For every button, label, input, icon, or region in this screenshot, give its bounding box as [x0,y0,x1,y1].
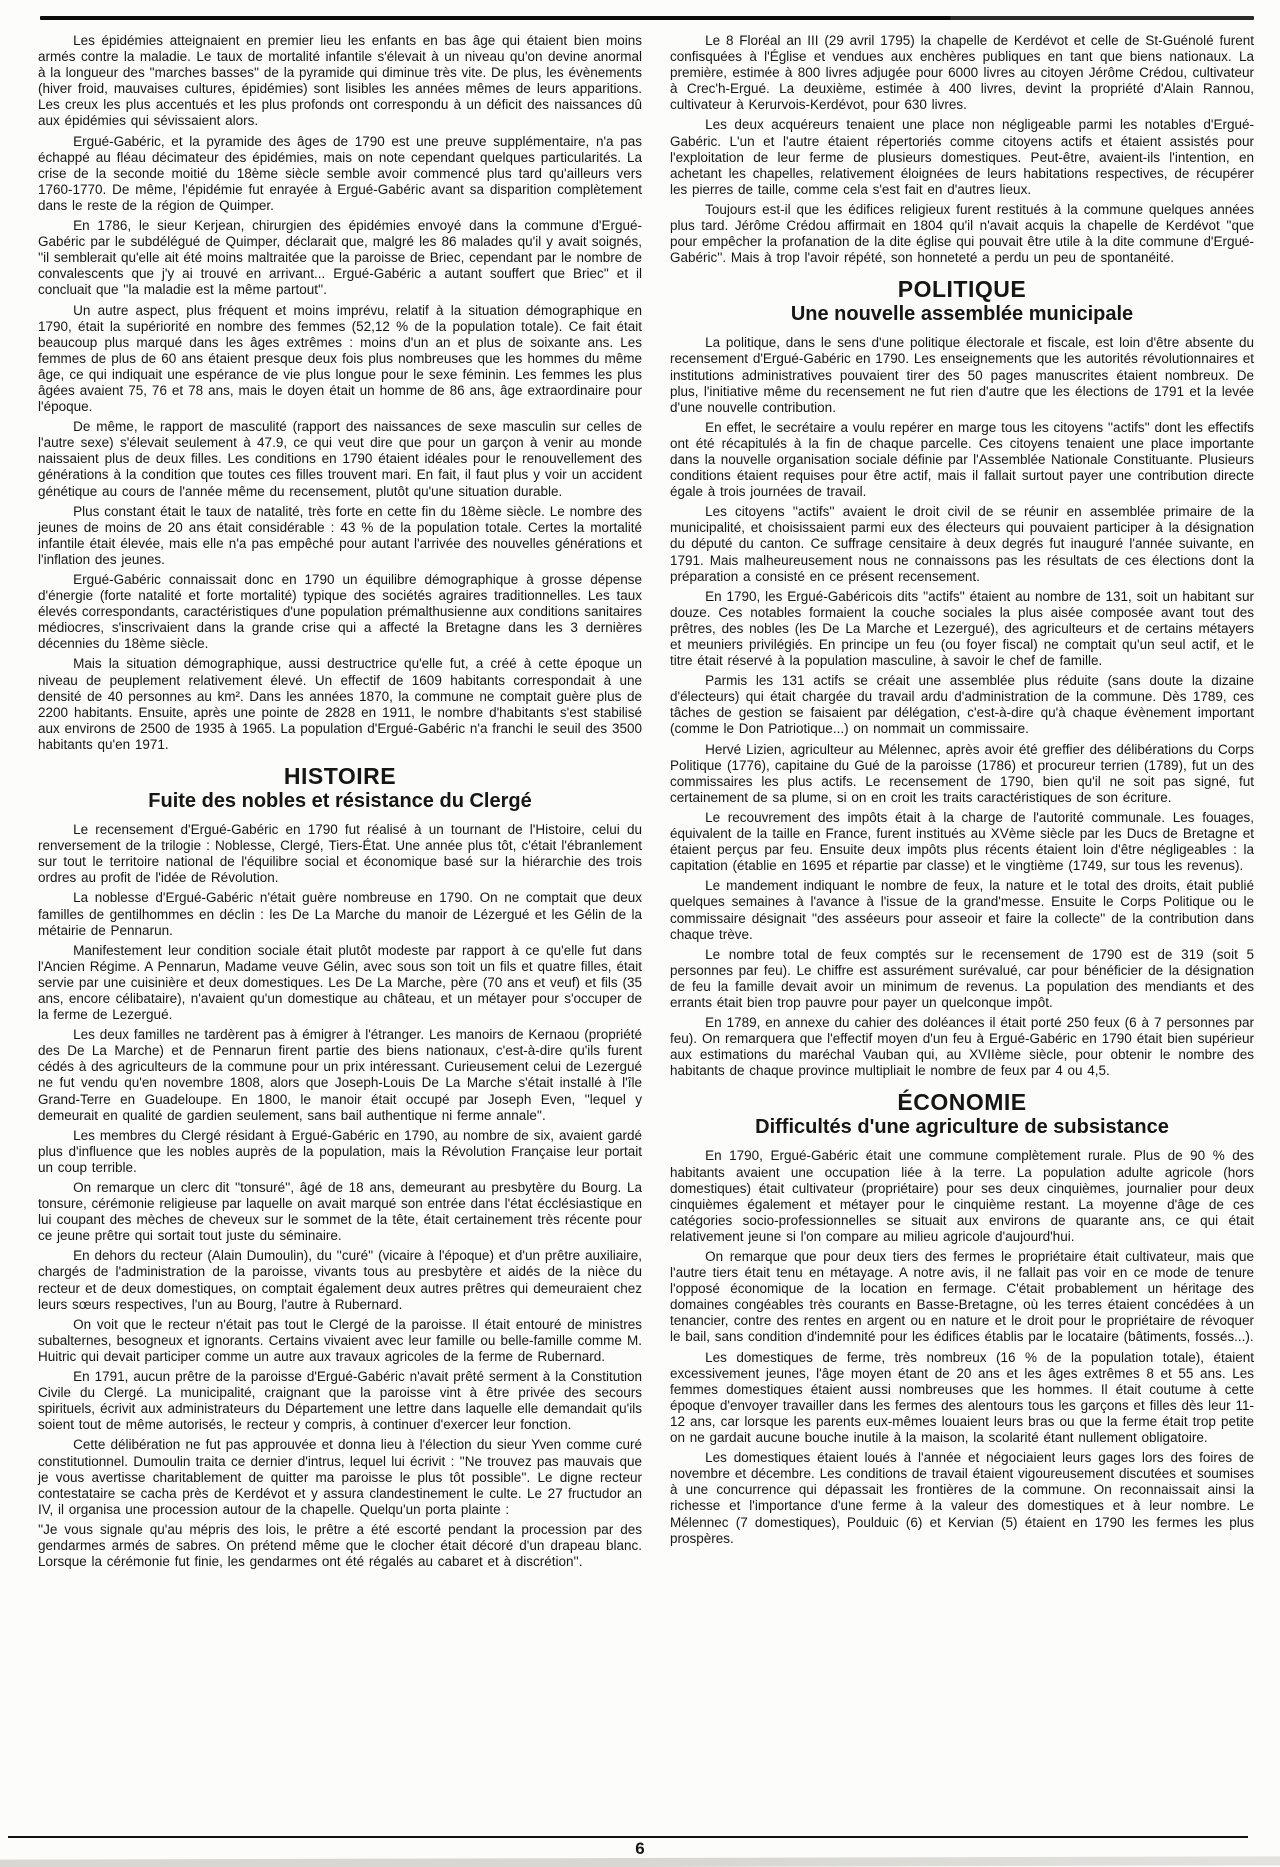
paragraph: En 1790, les Ergué-Gabéricois dits ''act… [670,585,1254,669]
paragraph: En 1786, le sieur Kerjean, chirurgien de… [38,214,642,298]
paragraph: En effet, le secrétaire a voulu repérer … [670,416,1254,500]
paragraph: On voit que le recteur n'était pas tout … [38,1313,642,1365]
paragraph: Les deux acquéreurs tenaient une place n… [670,113,1254,197]
paragraph: Les deux familles ne tardèrent pas à émi… [38,1023,642,1124]
paragraph: De même, le rapport de masculité (rappor… [38,415,642,499]
paragraph: Parmis les 131 actifs se créait une asse… [670,669,1254,737]
paragraph: Le recensement d'Ergué-Gabéric en 1790 f… [38,818,642,886]
section-heading-economie: ÉCONOMIE [670,1090,1254,1115]
paragraph: La politique, dans le sens d'une politiq… [670,331,1254,415]
section-heading-histoire: HISTOIRE [38,764,642,789]
paragraph: Mais la situation démographique, aussi d… [38,652,642,753]
quotation-paragraph: ''Je vous signale qu'au mépris des lois,… [38,1518,642,1570]
section-subheading-economie: Difficultés d'une agriculture de subsist… [670,1116,1254,1139]
paragraph: Les domestiques étaient loués à l'année … [670,1446,1254,1547]
paragraph: Le 8 Floréal an III (29 avril 1795) la c… [670,29,1254,113]
paragraph: Ergué-Gabéric, et la pyramide des âges d… [38,130,642,214]
top-border-rule [40,16,1254,20]
paragraph: Les domestiques de ferme, très nombreux … [670,1346,1254,1447]
document-page: Les épidémies atteignaient en premier li… [0,0,1280,1867]
paragraph: En 1791, aucun prêtre de la paroisse d'E… [38,1365,642,1433]
paragraph: Un autre aspect, plus fréquent et moins … [38,299,642,416]
paragraph: Les épidémies atteignaient en premier li… [38,29,642,130]
paragraph: Toujours est-il que les édifices religie… [670,198,1254,266]
bottom-border-rule [8,1836,1248,1838]
paragraph: Le nombre total de feux comptés sur le r… [670,943,1254,1011]
paragraph: En 1790, Ergué-Gabéric était une commune… [670,1144,1254,1245]
right-column: Le 8 Floréal an III (29 avril 1795) la c… [670,29,1254,1570]
paragraph: Les membres du Clergé résidant à Ergué-G… [38,1124,642,1176]
paragraph: Le recouvrement des impôts était à la ch… [670,806,1254,874]
paragraph: En dehors du recteur (Alain Dumoulin), d… [38,1244,642,1312]
paragraph: On remarque que pour deux tiers des ferm… [670,1245,1254,1346]
paragraph: Ergué-Gabéric connaissait donc en 1790 u… [38,568,642,652]
paragraph: En 1789, en annexe du cahier des doléanc… [670,1011,1254,1079]
paragraph: Hervé Lizien, agriculteur au Mélennec, a… [670,738,1254,806]
section-subheading-politique: Une nouvelle assemblée municipale [670,303,1254,326]
section-subheading-histoire: Fuite des nobles et résistance du Clergé [38,790,642,813]
paragraph: On remarque un clerc dit ''tonsuré'', âg… [38,1176,642,1244]
paragraph: La noblesse d'Ergué-Gabéric n'était guèr… [38,886,642,938]
two-column-text-layout: Les épidémies atteignaient en premier li… [38,29,1254,1570]
paragraph: Manifestement leur condition sociale éta… [38,939,642,1023]
paragraph: Le mandement indiquant le nombre de feux… [670,874,1254,942]
section-heading-politique: POLITIQUE [670,277,1254,302]
paragraph: Plus constant était le taux de natalité,… [38,500,642,568]
paragraph: Les citoyens ''actifs'' avaient le droit… [670,500,1254,584]
left-column: Les épidémies atteignaient en premier li… [38,29,642,1570]
paragraph: Cette délibération ne fut pas approuvée … [38,1433,642,1517]
